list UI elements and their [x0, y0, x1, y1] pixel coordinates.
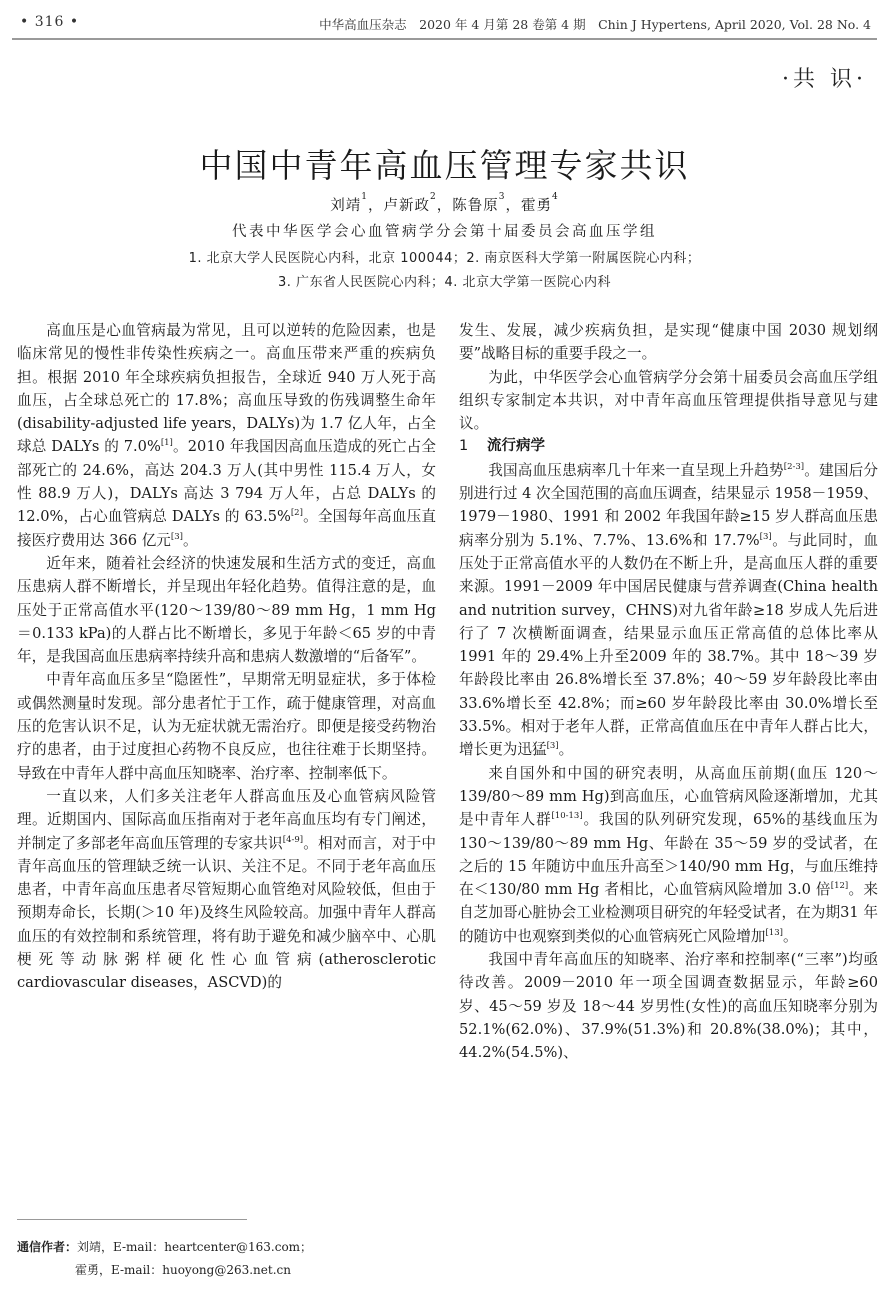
section-number: 1 [459, 435, 487, 458]
running-header: • 316 • 中华高血压杂志 2020 年 4 月第 28 卷第 4 期 Ch… [18, 10, 871, 38]
left-column: 高血压是心血管病最为常见，且可以逆转的危险因素，也是临床常见的慢性非传染性疾病之… [17, 319, 436, 995]
journal-citation: 中华高血压杂志 2020 年 4 月第 28 卷第 4 期 Chin J Hyp… [319, 15, 871, 33]
page-number: • 316 • [20, 14, 79, 30]
section-title: 流行病学 [487, 438, 545, 454]
body-paragraph: 近年来，随着社会经济的快速发展和生活方式的变迁，高血压患病人群不断增长，并呈现出… [17, 552, 436, 668]
author-name: 霍勇 [521, 198, 552, 214]
paragraph-text: 近年来，随着社会经济的快速发展和生活方式的变迁，高血压患病人群不断增长，并呈现出… [17, 555, 436, 665]
citation[interactable]: [4-9] [283, 835, 303, 845]
paragraph-text: 我国中青年高血压的知晓率、治疗率和控制率(“三率”)均亟待改善。2009－201… [459, 951, 878, 1061]
body-paragraph: 我国高血压患病率几十年来一直呈现上升趋势[2-3]。建国后分别进行过 4 次全国… [459, 459, 878, 762]
footnote-contact-2[interactable]: 霍勇，E-mail：huoyong@263.net.cn [75, 1263, 291, 1277]
author-name: 陈鲁原 [452, 198, 499, 214]
citation[interactable]: [3] [171, 532, 183, 542]
author-affiliation-mark: 1 [361, 192, 368, 202]
footnote-label: 通信作者： [17, 1240, 77, 1254]
body-paragraph: 高血压是心血管病最为常见，且可以逆转的危险因素，也是临床常见的慢性非传染性疾病之… [17, 319, 436, 552]
citation[interactable]: [13] [765, 928, 782, 938]
body-paragraph: 一直以来，人们多关注老年人群高血压及心血管病风险管理。近期国内、国际高血压指南对… [17, 785, 436, 995]
citation[interactable]: [1] [161, 438, 173, 448]
header-divider [12, 38, 877, 40]
paragraph-text: 。相对而言，对于中青年高血压的管理缺乏统一认识、关注不足。不同于老年高血压患者，… [17, 835, 436, 992]
column-tag: ·共 识· [782, 62, 867, 93]
author-list: 刘靖1，卢新政2，陈鲁原3，霍勇4 [0, 194, 889, 215]
paragraph-text: 高血压是心血管病最为常见，且可以逆转的危险因素，也是临床常见的慢性非传染性疾病之… [17, 322, 436, 455]
paragraph-text: 为此，中华医学会心血管病学分会第十届委员会高血压学组组织专家制定本共识，对中青年… [459, 369, 878, 433]
paragraph-text: 。 [559, 741, 574, 758]
article-title: 中国中青年高血压管理专家共识 [0, 140, 889, 187]
corresponding-author-footnote: 通信作者：刘靖，E-mail：heartcenter@163.com； 霍勇，E… [17, 1236, 312, 1282]
citation[interactable]: [3] [760, 532, 772, 542]
paragraph-text: 。与此同时，血压处于正常高值水平的人数仍在不断上升，是高血压人群的重要来源。19… [459, 532, 878, 759]
author-name: 卢新政 [384, 198, 431, 214]
citation[interactable]: [2-3] [784, 462, 804, 472]
author-group: 代表中华医学会心血管病学分会第十届委员会高血压学组 [0, 220, 889, 241]
author-affiliation-mark: 3 [499, 192, 506, 202]
body-paragraph: 我国中青年高血压的知晓率、治疗率和控制率(“三率”)均亟待改善。2009－201… [459, 948, 878, 1064]
author-affiliation-mark: 4 [552, 192, 559, 202]
footnote-contact-1[interactable]: 刘靖，E-mail：heartcenter@163.com； [77, 1240, 312, 1254]
affiliations-line-2: 3. 广东省人民医院心内科；4. 北京大学第一医院心内科 [0, 271, 889, 290]
section-heading: 1流行病学 [459, 435, 878, 458]
body-paragraph-continued: 发生、发展，减少疾病负担，是实现“健康中国 2030 规划纲要”战略目标的重要手… [459, 319, 878, 366]
paragraph-text: 。 [183, 532, 198, 549]
citation[interactable]: [3] [547, 741, 559, 751]
citation[interactable]: [10-13] [552, 811, 583, 821]
body-paragraph: 中青年高血压多呈“隐匿性”，早期常无明显症状，多于体检或偶然测量时发现。部分患者… [17, 668, 436, 784]
paragraph-text: 。 [783, 928, 798, 945]
paragraph-text: 发生、发展，减少疾病负担，是实现“健康中国 2030 规划纲要”战略目标的重要手… [459, 322, 878, 362]
body-paragraph: 来自国外和中国的研究表明，从高血压前期(血压 120～139/80～89 mm … [459, 762, 878, 948]
author-name: 刘靖 [330, 198, 361, 214]
author-affiliation-mark: 2 [430, 192, 437, 202]
citation[interactable]: [12] [831, 881, 848, 891]
body-paragraph: 为此，中华医学会心血管病学分会第十届委员会高血压学组组织专家制定本共识，对中青年… [459, 366, 878, 436]
right-column: 发生、发展，减少疾病负担，是实现“健康中国 2030 规划纲要”战略目标的重要手… [459, 319, 878, 1065]
paragraph-text: 中青年高血压多呈“隐匿性”，早期常无明显症状，多于体检或偶然测量时发现。部分患者… [17, 671, 436, 781]
footnote-divider [17, 1219, 247, 1220]
paragraph-text: 我国高血压患病率几十年来一直呈现上升趋势 [488, 462, 784, 479]
affiliations-line-1: 1. 北京大学人民医院心内科，北京 100044；2. 南京医科大学第一附属医院… [0, 247, 889, 266]
citation[interactable]: [2] [291, 508, 303, 518]
